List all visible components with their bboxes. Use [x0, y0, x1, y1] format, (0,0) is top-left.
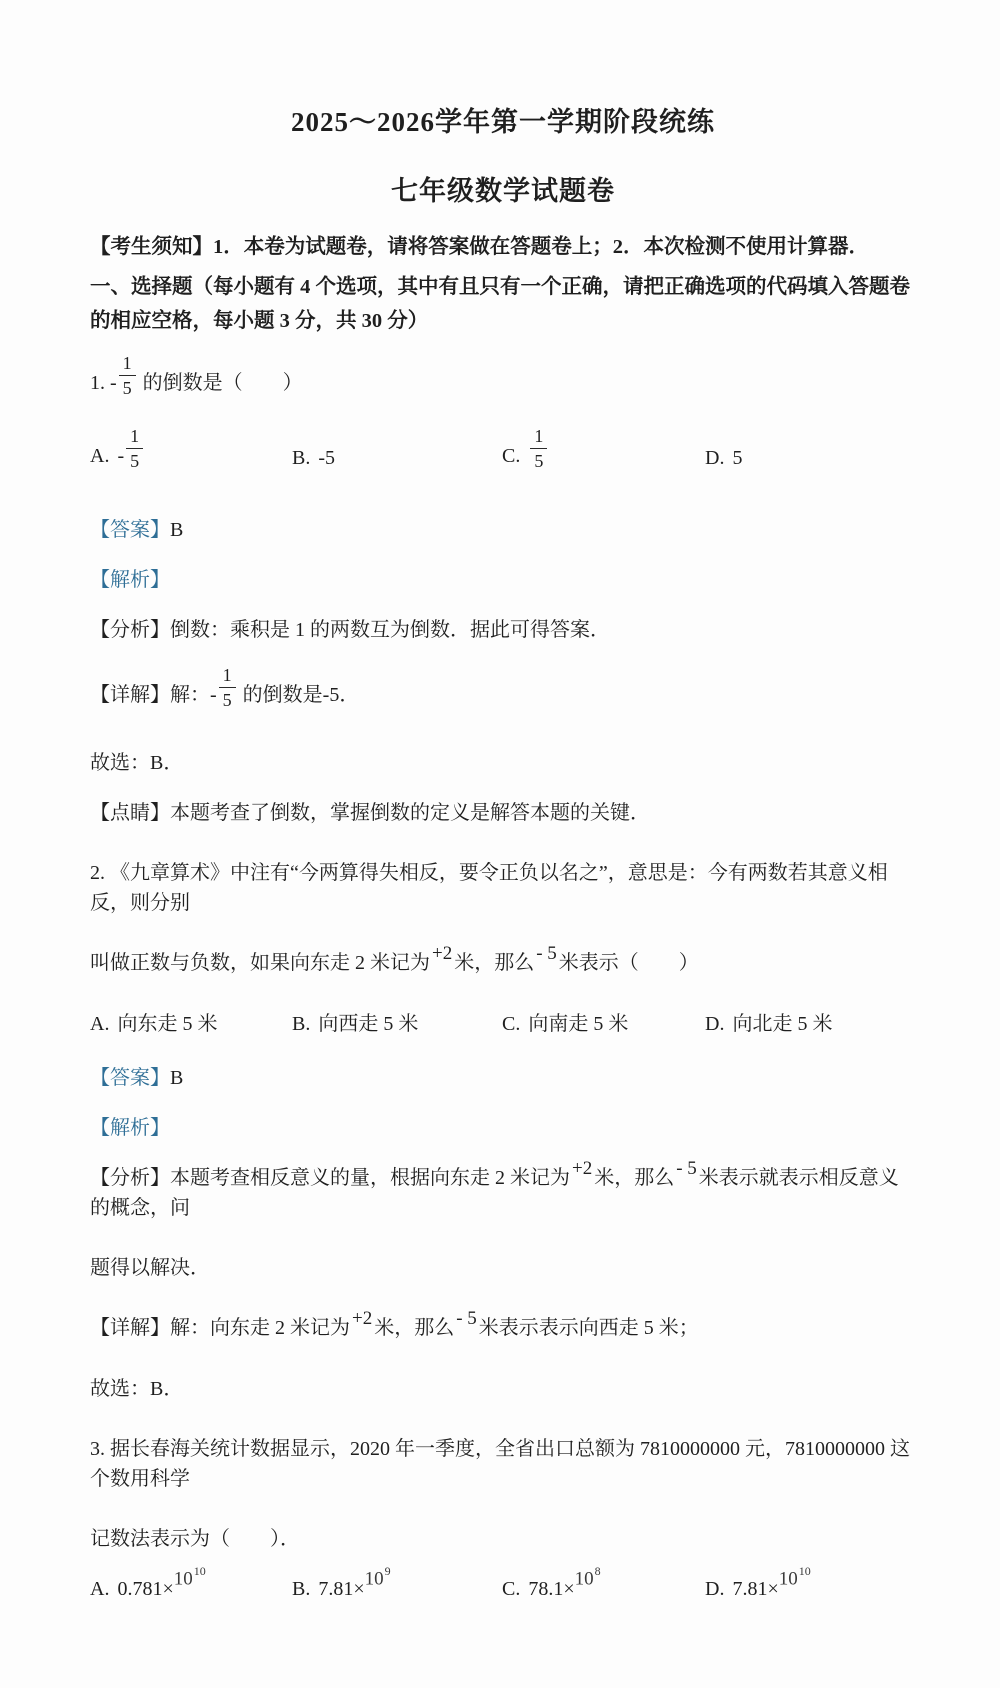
- power-exponent: 10: [799, 1564, 811, 1578]
- option-c-label: C.: [502, 1013, 520, 1035]
- option-b-value: 向西走 5 米: [318, 1013, 418, 1035]
- power-of-ten: 108: [575, 1564, 600, 1594]
- option-b-label: B.: [292, 447, 310, 469]
- plus-2-superscript: +2: [572, 1155, 592, 1184]
- q1-option-b: B.-5: [292, 443, 502, 473]
- q2-fenxi-line1: 【分析】本题考查相反意义的量，根据向东走 2 米记为+2米，那么- 5米表示就表…: [90, 1163, 916, 1224]
- q2-detail-c: 米表示表示向西走 5 米；: [479, 1317, 699, 1339]
- question-3-options: A.0.781×1010 B.7.81×109 C.78.1×108 D.7.8…: [90, 1574, 916, 1605]
- exam-title-line2: 七年级数学试题卷: [90, 169, 916, 208]
- q2-fenxi-a: 【分析】本题考查相反意义的量，根据向东走 2 米记为: [90, 1167, 570, 1189]
- q2-analysis-label-line: 【解析】: [90, 1113, 916, 1143]
- question-2-stem-line2: 叫做正数与负数，如果向东走 2 米记为+2米，那么- 5米表示（ ）: [90, 948, 916, 979]
- question-3-stem-line2: 记数法表示为（ ）．: [90, 1524, 916, 1554]
- q2-answer-line: 【答案】B: [90, 1063, 916, 1093]
- fraction-denominator: 5: [530, 449, 547, 470]
- q3-option-c: C.78.1×108: [502, 1574, 705, 1605]
- detail-suffix: 的倒数是-5．: [243, 684, 360, 706]
- option-c-coefficient: 78.1×: [528, 1578, 574, 1600]
- section1-header-line1: 一、选择题（每小题有 4 个选项，其中有且只有一个正确，请把正确选项的代码填入答…: [90, 272, 916, 304]
- question-1-number: 1.: [90, 372, 110, 394]
- q2-stem-a: 叫做正数与负数，如果向东走 2 米记为: [90, 952, 430, 974]
- q2-option-a: A.向东走 5 米: [90, 1009, 292, 1039]
- fraction-one-fifth: 15: [219, 666, 236, 709]
- minus-5-superscript: - 5: [456, 1305, 477, 1334]
- q1-detail-line: 【详解】解：-15 的倒数是-5．: [90, 675, 916, 718]
- analysis-label: 【解析】: [90, 1117, 170, 1139]
- option-b-label: B.: [292, 1578, 310, 1600]
- fraction-numerator: 1: [119, 354, 136, 376]
- power-base: 10: [575, 1569, 594, 1590]
- q2-stem-c: 米表示（ ）: [559, 952, 699, 974]
- minus-sign: -: [117, 445, 124, 467]
- power-exponent: 10: [194, 1564, 206, 1578]
- exam-title-line1: 2025～2026学年第一学期阶段统练: [90, 100, 916, 139]
- q2-option-d: D.向北走 5 米: [705, 1009, 916, 1039]
- option-c-label: C.: [502, 445, 520, 467]
- fraction-one-fifth: 15: [119, 354, 136, 397]
- option-c-label: C.: [502, 1578, 520, 1600]
- power-exponent: 9: [385, 1564, 391, 1578]
- q3-option-d: D.7.81×1010: [705, 1574, 916, 1605]
- option-d-value: 向北走 5 米: [732, 1013, 832, 1035]
- question-1-text: 的倒数是（ ）: [143, 372, 303, 394]
- minus-sign: -: [110, 372, 117, 394]
- q3-option-a: A.0.781×1010: [90, 1574, 292, 1605]
- fraction-numerator: 1: [219, 666, 236, 688]
- q1-choose-line: 故选：B．: [90, 748, 916, 778]
- q2-choose-line: 故选：B．: [90, 1374, 916, 1404]
- q3-option-b: B.7.81×109: [292, 1574, 502, 1605]
- option-a-label: A.: [90, 1578, 109, 1600]
- q1-option-d: D.5: [705, 443, 916, 473]
- question-2-options: A.向东走 5 米 B.向西走 5 米 C.向南走 5 米 D.向北走 5 米: [90, 1009, 916, 1039]
- option-c-value: 向南走 5 米: [528, 1013, 628, 1035]
- fraction-numerator: 1: [530, 427, 547, 449]
- power-of-ten: 1010: [174, 1564, 205, 1594]
- analysis-label: 【解析】: [90, 569, 170, 591]
- exam-paper-page: 2025～2026学年第一学期阶段统练 七年级数学试题卷 【考生须知】1．本卷为…: [0, 0, 1000, 1688]
- option-d-label: D.: [705, 1578, 724, 1600]
- q2-detail-line: 【详解】解：向东走 2 米记为+2米，那么- 5米表示表示向西走 5 米；: [90, 1313, 916, 1344]
- option-a-value: 向东走 5 米: [117, 1013, 217, 1035]
- option-d-label: D.: [705, 447, 724, 469]
- q1-option-a: A.-15: [90, 436, 292, 479]
- detail-prefix: 【详解】解：-: [90, 684, 217, 706]
- q2-detail-b: 米，那么: [374, 1317, 454, 1339]
- q1-option-c: C.15: [502, 436, 705, 479]
- power-base: 10: [174, 1569, 193, 1590]
- q2-fenxi-b: 米，那么: [594, 1167, 674, 1189]
- answer-value: B: [170, 1067, 183, 1089]
- fraction-denominator: 5: [126, 449, 143, 470]
- q2-option-c: C.向南走 5 米: [502, 1009, 705, 1039]
- answer-value: B: [170, 519, 183, 541]
- option-a-label: A.: [90, 445, 109, 467]
- question-2-stem-line1: 2. 《九章算术》中注有“今两算得失相反，要令正负以名之”，意思是：今有两数若其…: [90, 858, 916, 918]
- candidate-notice: 【考生须知】1．本卷为试题卷，请将答案做在答题卷上；2．本次检测不使用计算器．: [90, 232, 916, 264]
- plus-2-superscript: +2: [432, 940, 452, 969]
- option-b-value: -5: [318, 447, 335, 469]
- minus-5-superscript: - 5: [676, 1155, 697, 1184]
- answer-label: 【答案】: [90, 519, 170, 541]
- power-of-ten: 1010: [779, 1564, 810, 1594]
- section1-header-line2: 的相应空格，每小题 3 分，共 30 分）: [90, 306, 916, 338]
- q2-stem-b: 米，那么: [454, 952, 534, 974]
- option-d-coefficient: 7.81×: [732, 1578, 778, 1600]
- option-d-label: D.: [705, 1013, 724, 1035]
- question-1-stem: 1. -15 的倒数是（ ）: [90, 363, 916, 406]
- power-exponent: 8: [595, 1564, 601, 1578]
- plus-2-superscript: +2: [352, 1305, 372, 1334]
- fraction-numerator: 1: [126, 427, 143, 449]
- fraction-denominator: 5: [119, 376, 136, 397]
- question-1-options: A.-15 B.-5 C.15 D.5: [90, 436, 916, 479]
- minus-5-superscript: - 5: [536, 940, 557, 969]
- power-base: 10: [365, 1569, 384, 1590]
- option-b-coefficient: 7.81×: [318, 1578, 364, 1600]
- q1-answer-line: 【答案】B: [90, 515, 916, 545]
- q2-option-b: B.向西走 5 米: [292, 1009, 502, 1039]
- option-a-coefficient: 0.781×: [117, 1578, 173, 1600]
- q2-detail-a: 【详解】解：向东走 2 米记为: [90, 1317, 350, 1339]
- option-a-label: A.: [90, 1013, 109, 1035]
- power-of-ten: 109: [365, 1564, 390, 1594]
- question-3-stem-line1: 3. 据长春海关统计数据显示，2020 年一季度，全省出口总额为 7810000…: [90, 1434, 916, 1494]
- q1-note-line: 【点睛】本题考查了倒数，掌握倒数的定义是解答本题的关键．: [90, 798, 916, 828]
- option-d-value: 5: [732, 447, 742, 469]
- power-base: 10: [779, 1569, 798, 1590]
- fraction-denominator: 5: [219, 688, 236, 709]
- option-b-label: B.: [292, 1013, 310, 1035]
- answer-label: 【答案】: [90, 1067, 170, 1089]
- q1-fenxi-line: 【分析】倒数：乘积是 1 的两数互为倒数．据此可得答案．: [90, 615, 916, 645]
- q2-fenxi-line2: 题得以解决．: [90, 1253, 916, 1283]
- fraction-one-fifth: 15: [530, 427, 547, 470]
- q1-analysis-label-line: 【解析】: [90, 565, 916, 595]
- fraction-one-fifth: 15: [126, 427, 143, 470]
